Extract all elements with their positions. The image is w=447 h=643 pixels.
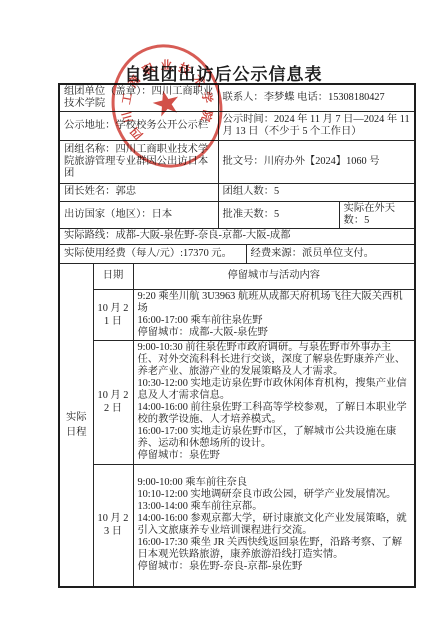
table-row: 团长姓名：郭忠 团组人数：5 <box>59 183 415 201</box>
schedule-date: 10 月 22 日 <box>93 341 133 464</box>
group-name-cell: 团组名称：四川工商职业技术学院旅游管理专业群因公出访日本团 <box>59 140 218 183</box>
activity-line: 16:00-17:00 实地走访泉佐野市区，了解城市公共设施在康养、运动和休憩场… <box>138 426 411 450</box>
content-header-cell: 停留城市与活动内容 <box>133 263 415 289</box>
activity-line: 10:30-12:00 实地走访泉佐野市政休闲体育机构，搜集产业信息及人才需求信… <box>138 378 411 402</box>
org-unit-cell: 组团单位（盖章）：四川工商职业技术学院 <box>59 84 218 111</box>
table-row: 组团单位（盖章）：四川工商职业技术学院 联系人：李梦蝶 电话：153081804… <box>59 84 415 111</box>
table-row: 实际路线：成都-大阪-泉佐野-奈良-京都-大阪-成都 <box>59 228 415 244</box>
table-row: 实际使用经费（每人/元）:17370 元。 经费来源：派员单位支付。 <box>59 244 415 263</box>
schedule-section-label: 实际日程 <box>59 263 93 587</box>
activity-line: 9:00-10:00 乘车前往奈良 <box>138 477 411 489</box>
publicity-address-cell: 公示地址：学校校务公开公示栏 <box>59 111 218 140</box>
approved-days-cell: 批准天数：5 <box>218 201 339 228</box>
leader-cell: 团长姓名：郭忠 <box>59 183 218 201</box>
schedule-content: 9:00-10:00 乘车前往奈良10:10-12:00 实地调研奈良市政公园，… <box>133 464 415 587</box>
activity-line: 9:00-10:30 前往泉佐野市政府调研。与泉佐野市外事办主任、对外交流科科长… <box>138 342 411 378</box>
group-size-cell: 团组人数：5 <box>218 183 415 201</box>
funding-source-cell: 经费来源：派员单位支付。 <box>246 244 415 263</box>
activity-line: 16:00-17:30 乘坐 JR 关西快线返回泉佐野，沿路考察、了解日本观光铁… <box>138 537 411 561</box>
actual-days-cell: 实际在外天数：5 <box>339 201 415 228</box>
table-row: 公示地址：学校校务公开公示栏 公示时间：2024 年 11 月 7 日—2024… <box>59 111 415 140</box>
table-row: 团组名称：四川工商职业技术学院旅游管理专业群因公出访日本团 批文号：川府办外【2… <box>59 140 415 183</box>
schedule-row: 10 月 21 日 9:20 乘坐川航 3U3963 航班从成都天府机场飞往大阪… <box>59 289 415 340</box>
schedule-content: 9:20 乘坐川航 3U3963 航班从成都天府机场飞往大阪关西机场16:00-… <box>133 289 415 340</box>
scanned-document-page: 自组团出访后公示信息表 ★ 四川工商职业技术学院 组团单位（盖章）：四川工商职业… <box>0 0 447 643</box>
schedule-row: 10 月 23 日 9:00-10:00 乘车前往奈良10:10-12:00 实… <box>59 464 415 587</box>
page-title: 自组团出访后公示信息表 <box>0 60 447 85</box>
activity-line: 13:00-14:00 乘车前往京都。 <box>138 501 411 513</box>
countries-cell: 出访国家（地区）：日本 <box>59 201 218 228</box>
info-table: 组团单位（盖章）：四川工商职业技术学院 联系人：李梦蝶 电话：153081804… <box>58 83 416 588</box>
activity-line: 停留城市：成都-大阪-泉佐野 <box>138 327 411 339</box>
activity-line: 16:00-17:00 乘车前往泉佐野 <box>138 315 411 327</box>
schedule-date: 10 月 23 日 <box>93 464 133 587</box>
publicity-time-cell: 公示时间：2024 年 11 月 7 日—2024 年 11 月 13 日（不少… <box>218 111 415 140</box>
activity-line: 9:20 乘坐川航 3U3963 航班从成都天府机场飞往大阪关西机场 <box>138 291 411 315</box>
schedule-row: 10 月 22 日 9:00-10:30 前往泉佐野市政府调研。与泉佐野市外事办… <box>59 341 415 464</box>
schedule-content: 9:00-10:30 前往泉佐野市政府调研。与泉佐野市外事办主任、对外交流科科长… <box>133 341 415 464</box>
route-cell: 实际路线：成都-大阪-泉佐野-奈良-京都-大阪-成都 <box>59 228 415 244</box>
activity-line: 停留城市：泉佐野 <box>138 450 411 462</box>
table-row: 出访国家（地区）：日本 批准天数：5 实际在外天数：5 <box>59 201 415 228</box>
activity-line: 停留城市：泉佐野-奈良-京都-泉佐野 <box>138 561 411 573</box>
activity-line: 14:00-16:00 前往泉佐野工科高等学校参观，了解日本职业学校的教学设施、… <box>138 402 411 426</box>
activity-line: 14:00-16:00 参观京都大学，研讨康旅文化产业发展策略，就引入文旅康养专… <box>138 513 411 537</box>
date-header-cell: 日期 <box>93 263 133 289</box>
contact-cell: 联系人：李梦蝶 电话：15308180427 <box>218 84 415 111</box>
approval-no-cell: 批文号：川府办外【2024】1060 号 <box>218 140 415 183</box>
schedule-date: 10 月 21 日 <box>93 289 133 340</box>
cost-cell: 实际使用经费（每人/元）:17370 元。 <box>59 244 246 263</box>
activity-line: 10:10-12:00 实地调研奈良市政公园，研学产业发展情况。 <box>138 489 411 501</box>
itinerary-header-row: 实际日程 日期 停留城市与活动内容 <box>59 263 415 289</box>
